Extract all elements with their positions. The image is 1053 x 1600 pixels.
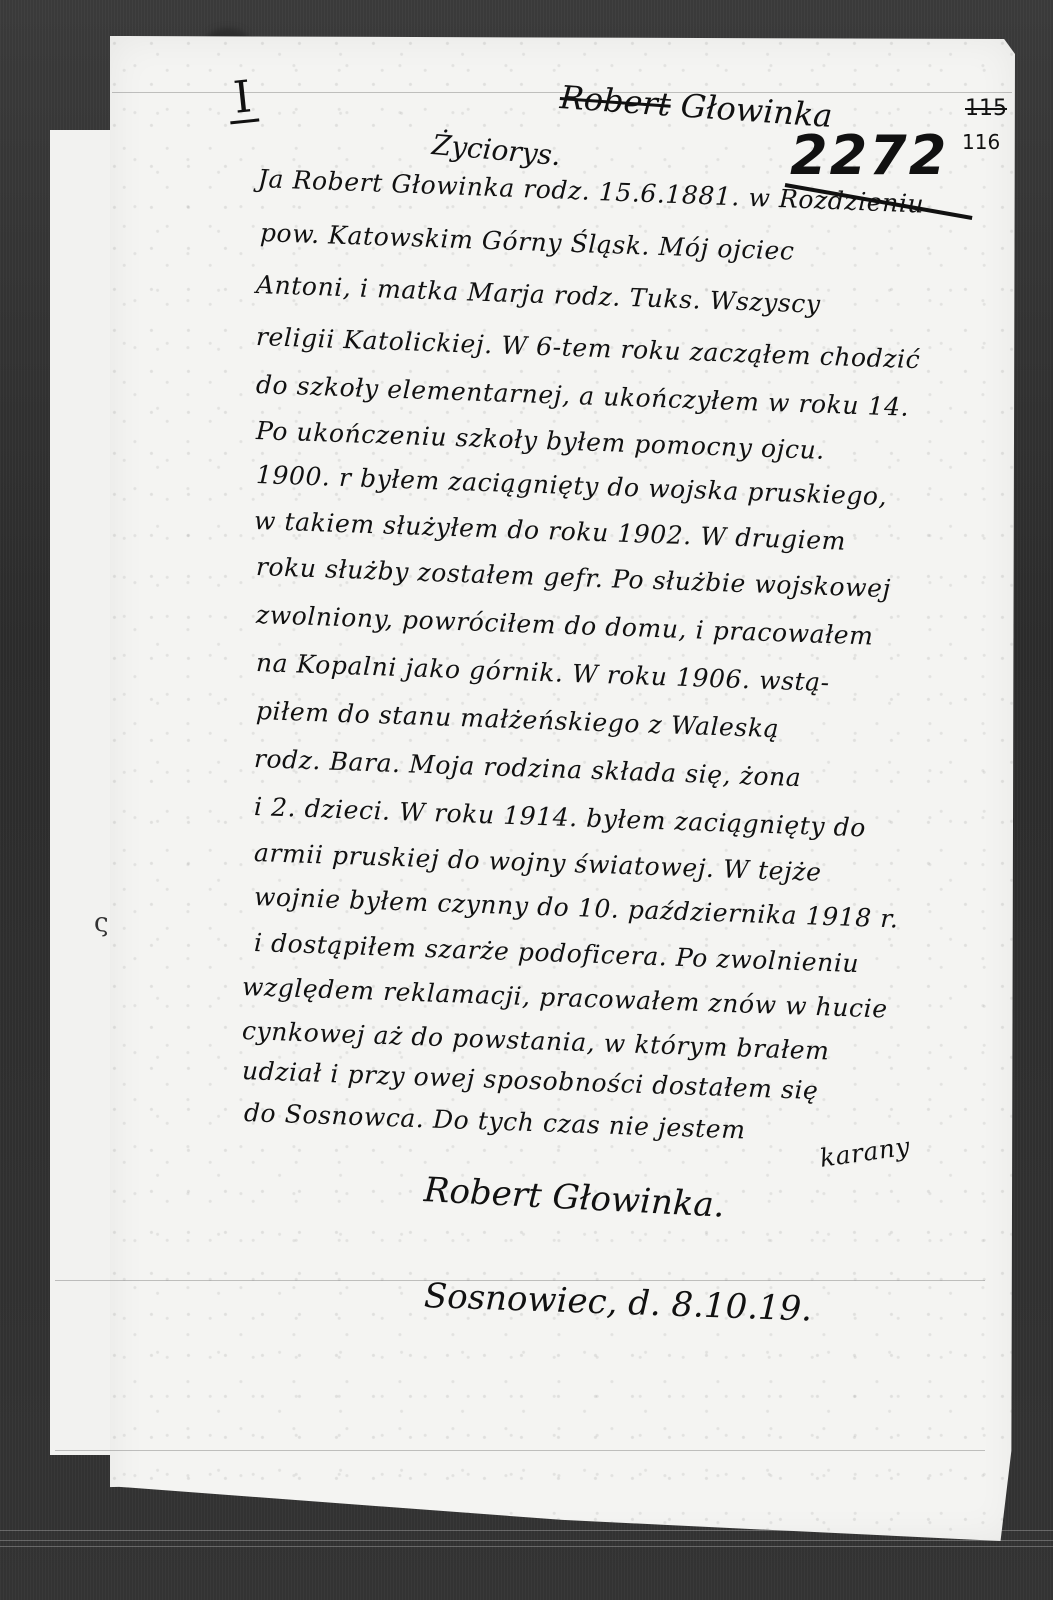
scanned-document: I Robert Głowinka Życiorys. 2272 115 116… — [0, 0, 1053, 1600]
roman-numeral: I — [226, 75, 260, 125]
header-first-name: Robert — [559, 78, 672, 124]
folio-crossed-out: 115 — [965, 96, 1007, 121]
folio-number: 116 — [962, 130, 1000, 154]
scan-streak — [0, 1540, 1053, 1541]
scan-streak — [0, 1546, 1053, 1547]
ruled-line — [55, 1450, 985, 1451]
margin-mark: ς — [94, 908, 109, 938]
reference-number: 2272 — [790, 124, 948, 187]
